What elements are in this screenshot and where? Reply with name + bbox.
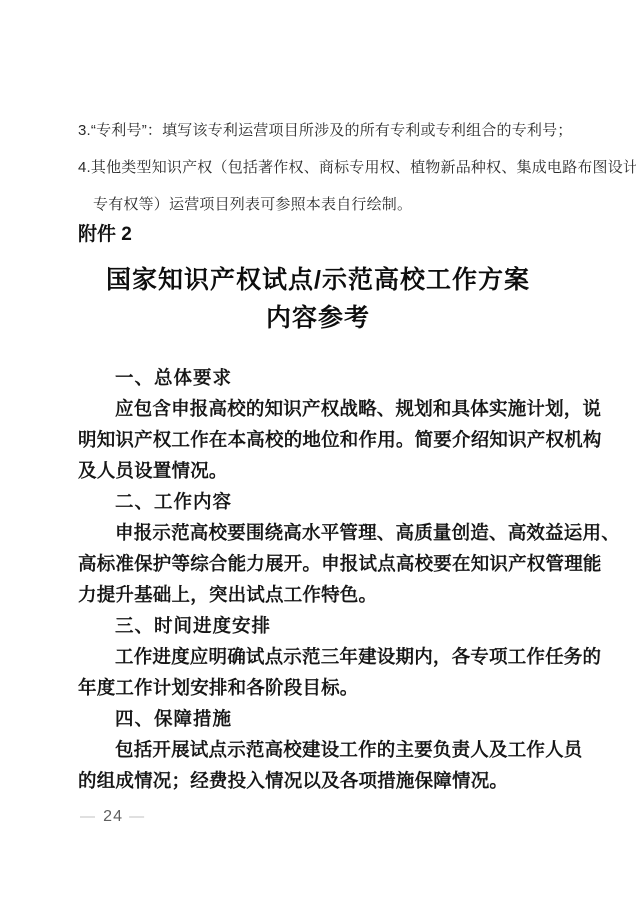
- section-1-line: 及人员设置情况。: [78, 455, 584, 486]
- document-title-line-1: 国家知识产权试点/示范高校工作方案: [0, 260, 636, 296]
- scanned-document-page: 3.“专利号”：填写该专利运营项目所涉及的所有专利或专利组合的专利号； 4.其他…: [0, 0, 636, 900]
- section-2-line: 力提升基础上，突出试点工作特色。: [78, 579, 584, 610]
- document-body: 一、总体要求 应包含申报高校的知识产权战略、规划和具体实施计划，说 明知识产权工…: [78, 362, 584, 796]
- margin-note-item-4-continued: 专有权等）运营项目列表可参照本表自行绘制。: [93, 193, 412, 214]
- section-4-heading: 四、保障措施: [78, 703, 584, 734]
- document-title-line-2: 内容参考: [0, 298, 636, 334]
- page-number-dash-right: —: [129, 808, 146, 825]
- section-2-line: 申报示范高校要围绕高水平管理、高质量创造、高效益运用、: [78, 517, 584, 548]
- section-1-heading: 一、总体要求: [78, 362, 584, 393]
- page-number-value: 24: [103, 808, 123, 825]
- margin-note-item-4: 4.其他类型知识产权（包括著作权、商标专用权、植物新品种权、集成电路布图设计: [78, 156, 636, 177]
- section-2-line: 高标准保护等综合能力展开。申报试点高校要在知识产权管理能: [78, 548, 584, 579]
- section-2-heading: 二、工作内容: [78, 486, 584, 517]
- section-4-line: 的组成情况；经费投入情况以及各项措施保障情况。: [78, 765, 584, 796]
- section-3-heading: 三、时间进度安排: [78, 610, 584, 641]
- attachment-label: 附件 2: [78, 219, 132, 246]
- section-3-line: 年度工作计划安排和各阶段目标。: [78, 672, 584, 703]
- section-4-line: 包括开展试点示范高校建设工作的主要负责人及工作人员: [78, 734, 584, 765]
- section-1-line: 明知识产权工作在本高校的地位和作用。简要介绍知识产权机构: [78, 424, 584, 455]
- section-1-line: 应包含申报高校的知识产权战略、规划和具体实施计划，说: [78, 393, 584, 424]
- page-number: — 24 —: [80, 808, 146, 826]
- margin-note-item-3: 3.“专利号”：填写该专利运营项目所涉及的所有专利或专利组合的专利号；: [78, 119, 573, 140]
- section-3-line: 工作进度应明确试点示范三年建设期内，各专项工作任务的: [78, 641, 584, 672]
- page-number-dash-left: —: [80, 808, 97, 825]
